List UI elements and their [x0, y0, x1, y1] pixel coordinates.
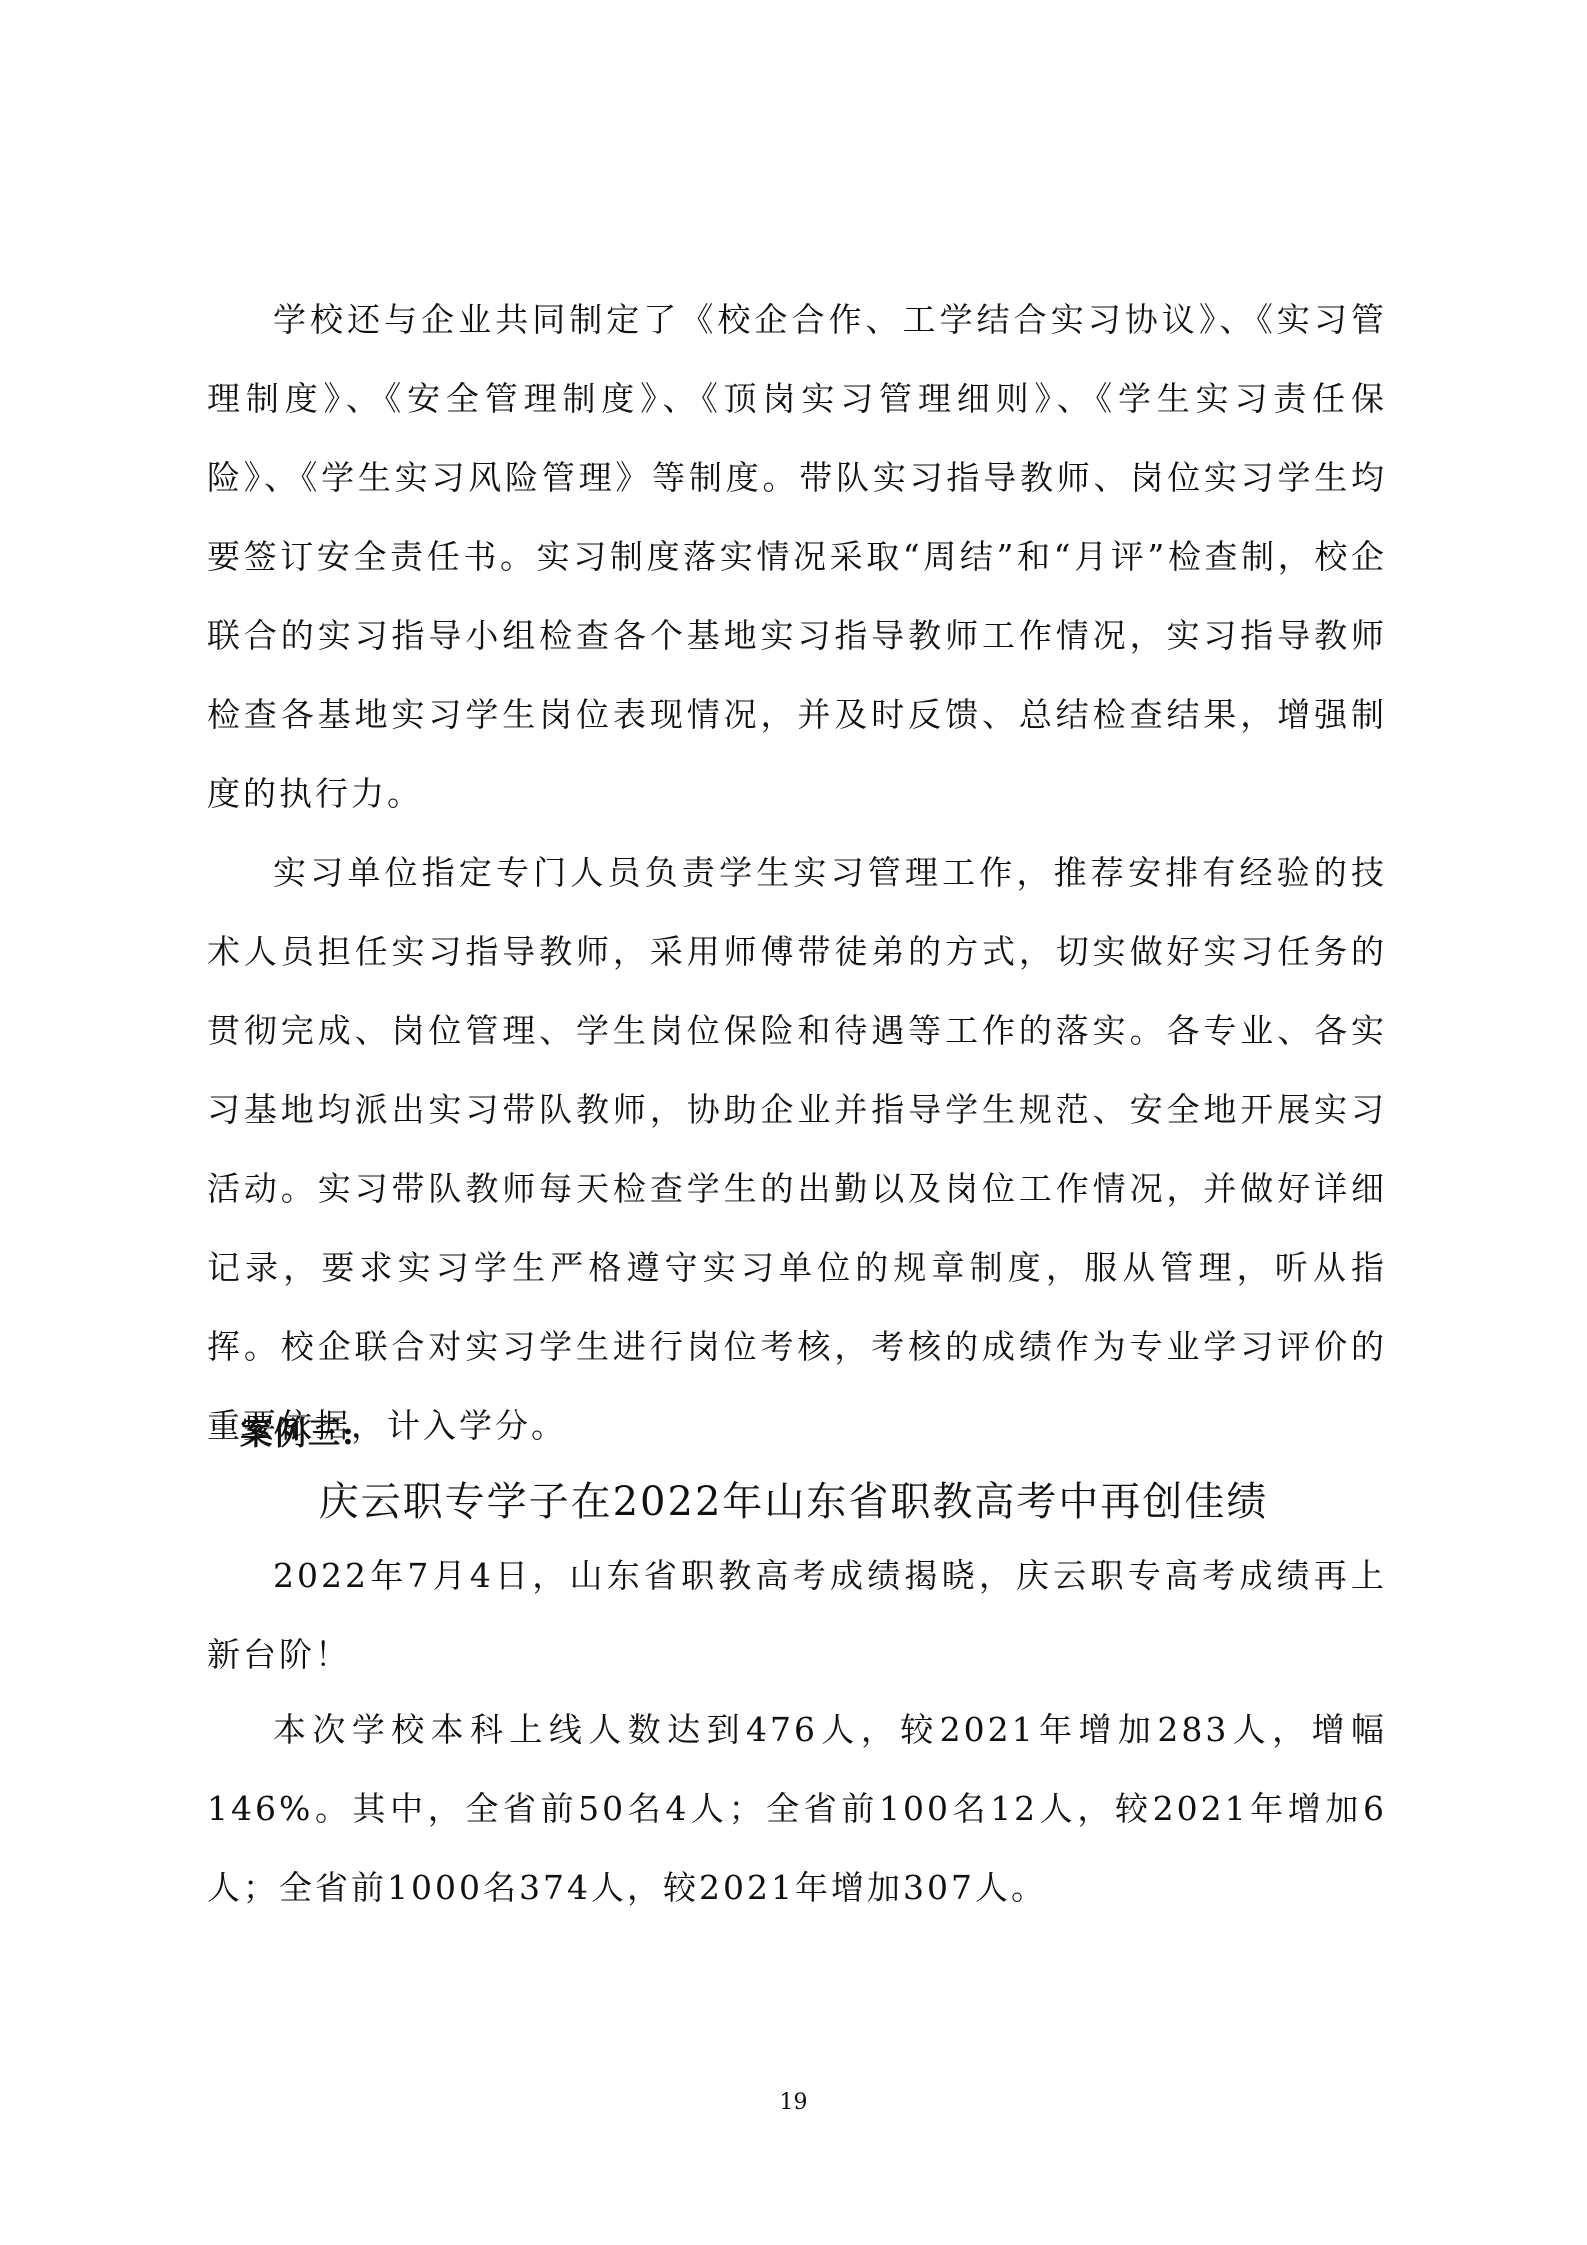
body-paragraph-2: 实习单位指定专门人员负责学生实习管理工作，推荐安排有经验的技术人员担任实习指导教… [207, 833, 1387, 1465]
paragraph-text: 学校还与企业共同制定了《校企合作、工学结合实习协议》、《实习管理制度》、《安全管… [207, 280, 1387, 833]
paragraph-text: 本次学校本科上线人数达到476人，较2021年增加283人，增幅146%。其中，… [207, 1690, 1387, 1927]
page-number: 19 [0, 2090, 1587, 2115]
paragraph-text: 实习单位指定专门人员负责学生实习管理工作，推荐安排有经验的技术人员担任实习指导教… [207, 833, 1387, 1465]
case-title: 庆云职专学子在2022年山东省职教高考中再创佳绩 [0, 1470, 1587, 1527]
paragraph-text: 2022年7月4日，山东省职教高考成绩揭晓，庆云职专高考成绩再上新台阶！ [207, 1536, 1387, 1694]
case-paragraph-1: 2022年7月4日，山东省职教高考成绩揭晓，庆云职专高考成绩再上新台阶！ [207, 1536, 1387, 1694]
body-paragraph-1: 学校还与企业共同制定了《校企合作、工学结合实习协议》、《实习管理制度》、《安全管… [207, 280, 1387, 833]
case-label: 案例三: [240, 1408, 356, 1454]
document-page: 学校还与企业共同制定了《校企合作、工学结合实习协议》、《实习管理制度》、《安全管… [0, 0, 1587, 2245]
case-paragraph-2: 本次学校本科上线人数达到476人，较2021年增加283人，增幅146%。其中，… [207, 1690, 1387, 1927]
